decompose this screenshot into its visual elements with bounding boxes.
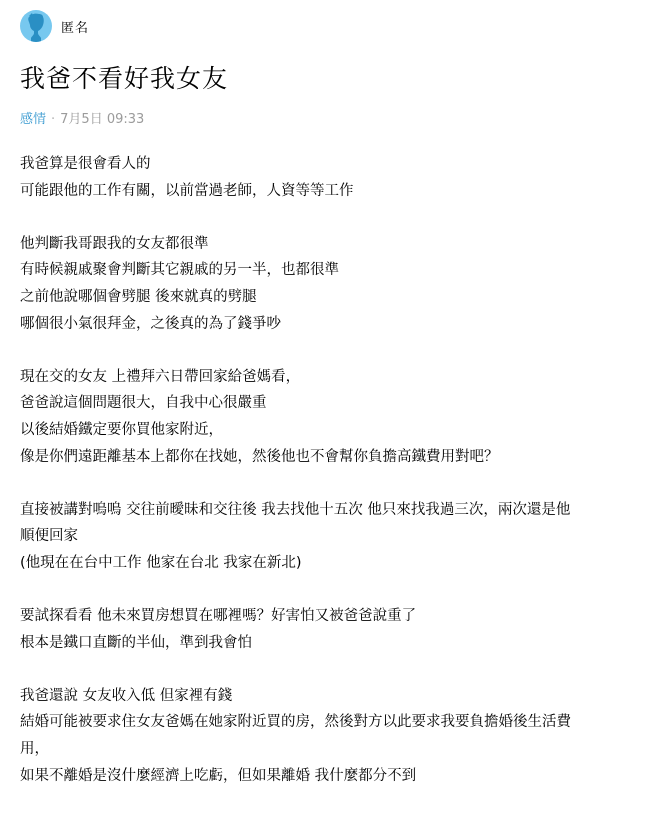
author-row: 匿名 — [20, 10, 89, 42]
body-line: 用， — [20, 736, 645, 763]
body-line: 要試探看看 他未來買房想買在哪裡嗎？好害怕又被爸爸說重了 — [20, 603, 645, 630]
body-line: 哪個很小氣很拜金，之後真的為了錢爭吵 — [20, 311, 645, 338]
author-name: 匿名 — [61, 17, 89, 36]
body-line: 如果不離婚是沒什麼經濟上吃虧，但如果離婚 我什麼都分不到 — [20, 763, 645, 790]
body-line-blank — [20, 337, 645, 364]
body-line-blank — [20, 577, 645, 604]
body-line: 我爸還說 女友收入低 但家裡有錢 — [20, 683, 645, 710]
post-timestamp: 7月5日 09:33 — [60, 112, 144, 127]
anonymous-avatar-icon — [20, 10, 52, 42]
body-line: 我爸算是很會看人的 — [20, 151, 645, 178]
body-line: 順便回家 — [20, 523, 645, 550]
body-line: 有時候親戚聚會判斷其它親戚的另一半，也都很準 — [20, 257, 645, 284]
post-title: 我爸不看好我女友 — [20, 62, 228, 96]
body-line: 可能跟他的工作有關，以前當過老師，人資等等工作 — [20, 178, 645, 205]
board-link[interactable]: 感情 — [20, 112, 46, 127]
body-line: 現在交的女友 上禮拜六日帶回家給爸媽看， — [20, 364, 645, 391]
body-line: 以後結婚鐵定要你買他家附近， — [20, 417, 645, 444]
body-line: 之前他說哪個會劈腿 後來就真的劈腿 — [20, 284, 645, 311]
body-line: 爸爸說這個問題很大，自我中心很嚴重 — [20, 390, 645, 417]
body-line: 像是你們遠距離基本上都你在找她，然後他也不會幫你負擔高鐵費用對吧？ — [20, 444, 645, 471]
body-line: 直接被講對嗚嗚 交往前曖昧和交往後 我去找他十五次 他只來找我過三次，兩次還是他 — [20, 497, 645, 524]
body-line-blank — [20, 204, 645, 231]
body-line: 根本是鐵口直斷的半仙，準到我會怕 — [20, 630, 645, 657]
body-line: (他現在在台中工作 他家在台北 我家在新北) — [20, 550, 645, 577]
meta-separator: · — [51, 112, 55, 127]
body-line-blank — [20, 470, 645, 497]
avatar[interactable] — [20, 10, 52, 42]
post-body: 我爸算是很會看人的 可能跟他的工作有關，以前當過老師，人資等等工作 他判斷我哥跟… — [20, 151, 645, 789]
body-line-blank — [20, 656, 645, 683]
body-line: 結婚可能被要求住女友爸媽在她家附近買的房，然後對方以此要求我要負擔婚後生活費 — [20, 709, 645, 736]
post-meta: 感情·7月5日 09:33 — [20, 111, 144, 129]
body-line: 他判斷我哥跟我的女友都很準 — [20, 231, 645, 258]
